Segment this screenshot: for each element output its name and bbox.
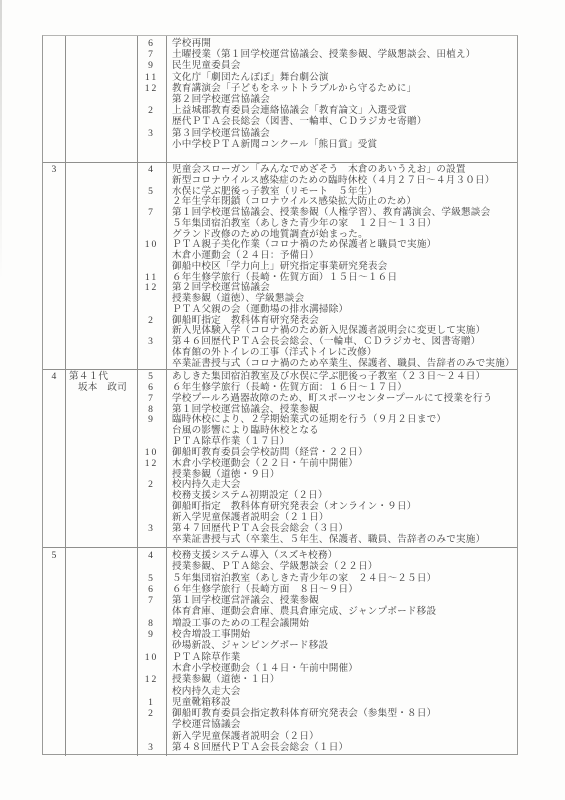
- event-text: 卒業証書授与式（コロナ禍のため卒業生、保護者、職員、告辞者のみで実施）: [166, 359, 517, 370]
- month-cell: 12: [138, 283, 166, 294]
- event-line: 9校舎増設工事開始: [138, 629, 517, 640]
- event-lines: 4校務支援システム導入（スズキ校務）授業参観、ＰＴＡ総会、学級懇談会（２２日）5…: [138, 548, 517, 756]
- month-cell: 8: [138, 618, 166, 629]
- month-cell: 3: [138, 524, 166, 535]
- event-line: 6６年生修学旅行（長崎方面 ８日～９日）: [138, 584, 517, 595]
- generation-index: 5: [43, 548, 66, 756]
- event-line: 9民生児童委員会: [138, 60, 517, 71]
- event-line: 7土曜授業（第１回学校運営協議会、授業参観、学級懇談会、田植え）: [138, 49, 517, 60]
- event-line: 第２回学校運営協議会: [138, 94, 517, 105]
- event-line: 卒業証書授与式（コロナ禍のため卒業生、保護者、職員、告辞者のみで実施）: [138, 359, 517, 370]
- event-text: 校舎増設工事開始: [166, 629, 517, 640]
- event-text: ５年集団宿泊教室（あしきた青少年の家 １２日～１３日）: [166, 219, 517, 230]
- event-line: 歴代ＰＴＡ会長総会（図書、一輪車、ＣＤラジカセ寄贈）: [138, 116, 517, 127]
- month-cell: 6: [138, 38, 166, 49]
- month-cell: 7: [138, 394, 166, 405]
- event-text: 民生児童委員会: [166, 60, 517, 71]
- month-cell: 11: [138, 72, 166, 83]
- month-cell: 10: [138, 652, 166, 663]
- month-cell: 4: [138, 550, 166, 561]
- month-cell: 2: [138, 105, 166, 116]
- event-text: 授業参観、ＰＴＡ総会、学級懇談会（２２日）: [166, 561, 517, 572]
- event-text: 学校再開: [166, 38, 517, 49]
- event-line: 3第４８回歴代ＰＴＡ会長会総会（１日）: [138, 742, 517, 753]
- event-text: 卒業証書授与式（卒業生、５年生、保護者、職員、告辞者のみで実施）: [166, 535, 517, 546]
- event-text: 文化庁「劇団たんぽぽ」舞台劇公演: [166, 72, 517, 83]
- event-text: 小中学校ＰＴＡ新聞コンクール「熊日賞」受賞: [166, 139, 517, 150]
- event-line: 御船中校区「学力向上」研究指定事業研究発表会: [138, 262, 517, 273]
- event-line: 8増設工事のための工程会議開始: [138, 618, 517, 629]
- event-line: 砂場新設、ジャンピングボード移設: [138, 640, 517, 651]
- event-text: 校務支援システム導入（スズキ校務）: [166, 550, 517, 561]
- event-line: 体育館の外トイレの工事（洋式トイレに改修）: [138, 348, 517, 359]
- event-lines: 6学校再開7土曜授業（第１回学校運営協議会、授業参観、学級懇談会、田植え）9民生…: [138, 36, 517, 162]
- event-line: 12木倉小学校運動会（２２日・午前中開催）: [138, 459, 517, 470]
- event-line: 6学校再開: [138, 38, 517, 49]
- event-line: 授業参観、ＰＴＡ総会、学級懇談会（２２日）: [138, 561, 517, 572]
- month-cell: 7: [138, 49, 166, 60]
- event-line: 卒業証書授与式（卒業生、５年生、保護者、職員、告辞者のみで実施）: [138, 535, 517, 546]
- event-text: 学校運営協議会: [166, 719, 517, 730]
- event-text: 授業参観（道徳・１日）: [166, 674, 517, 685]
- month-cell: 9: [138, 415, 166, 426]
- generation-index: [43, 36, 66, 162]
- event-text: 上益城郡教育委員会連絡協議会「教育論文」入選受賞: [166, 105, 517, 116]
- generation-index: 4: [43, 370, 66, 547]
- event-text: 御船町教育委員会指定教科体育研究発表会（参集型・８日）: [166, 708, 517, 719]
- event-line: 12教育講演会「子どもをネットトラブルから守るために」: [138, 83, 517, 94]
- pta-president-name: [66, 548, 138, 756]
- event-line: ５年集団宿泊教室（あしきた青少年の家 １２日～１３日）: [138, 219, 517, 230]
- event-text: 御船中校区「学力向上」研究指定事業研究発表会: [166, 262, 517, 273]
- section-row: 54校務支援システム導入（スズキ校務）授業参観、ＰＴＡ総会、学級懇談会（２２日）…: [43, 547, 517, 756]
- event-line: 学校運営協議会: [138, 719, 517, 730]
- event-line: 校内持久走大会: [138, 686, 517, 697]
- event-line: 2上益城郡教育委員会連絡協議会「教育論文」入選受賞: [138, 105, 517, 116]
- event-text: ５年集団宿泊教室（あしきた青少年の家 ２４日～２５日）: [166, 573, 517, 584]
- event-text: 増設工事のための工程会議開始: [166, 618, 517, 629]
- event-line: 7第１回学校運営評議会、授業参観: [138, 595, 517, 606]
- month-cell: 9: [138, 60, 166, 71]
- event-line: 7学校プールろ過器故障のため、町スポーツセンタープールにて授業を行う: [138, 394, 517, 405]
- event-text: 学校プールろ過器故障のため、町スポーツセンタープールにて授業を行う: [166, 394, 517, 405]
- month-cell: 5: [138, 187, 166, 198]
- section-row: 6学校再開7土曜授業（第１回学校運営協議会、授業参観、学級懇談会、田植え）9民生…: [43, 36, 517, 162]
- event-line: 1児童靴箱移設: [138, 697, 517, 708]
- event-text: 第２回学校運営協議会: [166, 94, 517, 105]
- event-text: 第３回学校運営協議会: [166, 128, 517, 139]
- event-line: 3第３回学校運営協議会: [138, 128, 517, 139]
- event-text: 土曜授業（第１回学校運営協議会、授業参観、学級懇談会、田植え）: [166, 49, 517, 60]
- event-text: 砂場新設、ジャンピングボード移設: [166, 640, 517, 651]
- month-cell: 2: [138, 480, 166, 491]
- event-text: ６年生修学旅行（長崎方面 ８日～９日）: [166, 584, 517, 595]
- month-cell: 10: [138, 240, 166, 251]
- scanned-document-page: 6学校再開7土曜授業（第１回学校運営協議会、授業参観、学級懇談会、田植え）9民生…: [0, 0, 565, 800]
- event-line: 小中学校ＰＴＡ新聞コンクール「熊日賞」受賞: [138, 139, 517, 150]
- event-lines: 4児童会スローガン「みんなでめざそう 木倉のあいうえお」の設置新型コロナウイルス…: [138, 163, 517, 369]
- month-cell: 3: [138, 128, 166, 139]
- event-text: 体育倉庫、運動会倉庫、農具倉庫完成、ジャンプボード移設: [166, 606, 517, 617]
- month-cell: 9: [138, 629, 166, 640]
- event-text: 体育館の外トイレの工事（洋式トイレに改修）: [166, 348, 517, 359]
- pta-president-name: [66, 36, 138, 162]
- event-text: 木倉小学校運動会（１４日・午前中開催）: [166, 663, 517, 674]
- event-text: 校内持久走大会: [166, 686, 517, 697]
- month-cell: 3: [138, 742, 166, 753]
- section-row: 4第４１代坂本 政司5あしきた集団宿泊教室及び水俣に学ぶ肥後っ子教室（２３日～２…: [43, 369, 517, 547]
- month-cell: 7: [138, 208, 166, 219]
- month-cell: 3: [138, 337, 166, 348]
- section-row: 34児童会スローガン「みんなでめざそう 木倉のあいうえお」の設置新型コロナウイル…: [43, 162, 517, 369]
- event-line: 11文化庁「劇団たんぽぽ」舞台劇公演: [138, 72, 517, 83]
- event-text: 児童靴箱移設: [166, 697, 517, 708]
- event-text: 新入学児童保護者説明会（２日）: [166, 731, 517, 742]
- event-text: 新型コロナウイルス感染症のための臨時休校（４月２７日～４月３０日）: [166, 176, 517, 187]
- event-line: 新型コロナウイルス感染症のための臨時休校（４月２７日～４月３０日）: [138, 176, 517, 187]
- month-cell: 2: [138, 316, 166, 327]
- month-cell: 2: [138, 708, 166, 719]
- month-cell: 6: [138, 584, 166, 595]
- event-line: 10ＰＴＡ除草作業: [138, 652, 517, 663]
- event-line: 2御船町教育委員会指定教科体育研究発表会（参集型・８日）: [138, 708, 517, 719]
- month-cell: 12: [138, 83, 166, 94]
- month-cell: 12: [138, 459, 166, 470]
- pta-president-name: 第４１代坂本 政司: [66, 370, 138, 547]
- pta-president-name: [66, 163, 138, 369]
- month-cell: 12: [138, 674, 166, 685]
- name-line: 坂本 政司: [69, 383, 137, 394]
- event-line: 木倉小学校運動会（１４日・午前中開催）: [138, 663, 517, 674]
- event-text: 木倉小学校運動会（２２日・午前中開催）: [166, 459, 517, 470]
- event-line: ＰＴＡ父親の会（運動場の排水溝掃除）: [138, 305, 517, 316]
- event-text: ＰＴＡ父親の会（運動場の排水溝掃除）: [166, 305, 517, 316]
- event-lines: 5あしきた集団宿泊教室及び水俣に学ぶ肥後っ子教室（２３日～２４日）6６年生修学旅…: [138, 370, 517, 547]
- month-cell: 1: [138, 697, 166, 708]
- scan-edge-artifact: [0, 0, 2, 280]
- event-line: 5５年集団宿泊教室（あしきた青少年の家 ２４日～２５日）: [138, 573, 517, 584]
- event-line: 体育倉庫、運動会倉庫、農具倉庫完成、ジャンプボード移設: [138, 606, 517, 617]
- month-cell: 5: [138, 573, 166, 584]
- event-text: ＰＴＡ除草作業: [166, 652, 517, 663]
- event-line: 12授業参観（道徳・１日）: [138, 674, 517, 685]
- month-cell: 7: [138, 595, 166, 606]
- event-text: 教育講演会「子どもをネットトラブルから守るために」: [166, 83, 517, 94]
- generation-index: 3: [43, 163, 66, 369]
- event-text: 第１回学校運営評議会、授業参観: [166, 595, 517, 606]
- event-text: 歴代ＰＴＡ会長総会（図書、一輪車、ＣＤラジカセ寄贈）: [166, 116, 517, 127]
- event-line: 新入学児童保護者説明会（２日）: [138, 731, 517, 742]
- event-line: 4校務支援システム導入（スズキ校務）: [138, 550, 517, 561]
- school-pta-history-table: 6学校再開7土曜授業（第１回学校運営協議会、授業参観、学級懇談会、田植え）9民生…: [42, 35, 518, 755]
- event-text: 第４８回歴代ＰＴＡ会長会総会（１日）: [166, 742, 517, 753]
- month-cell: 4: [138, 165, 166, 176]
